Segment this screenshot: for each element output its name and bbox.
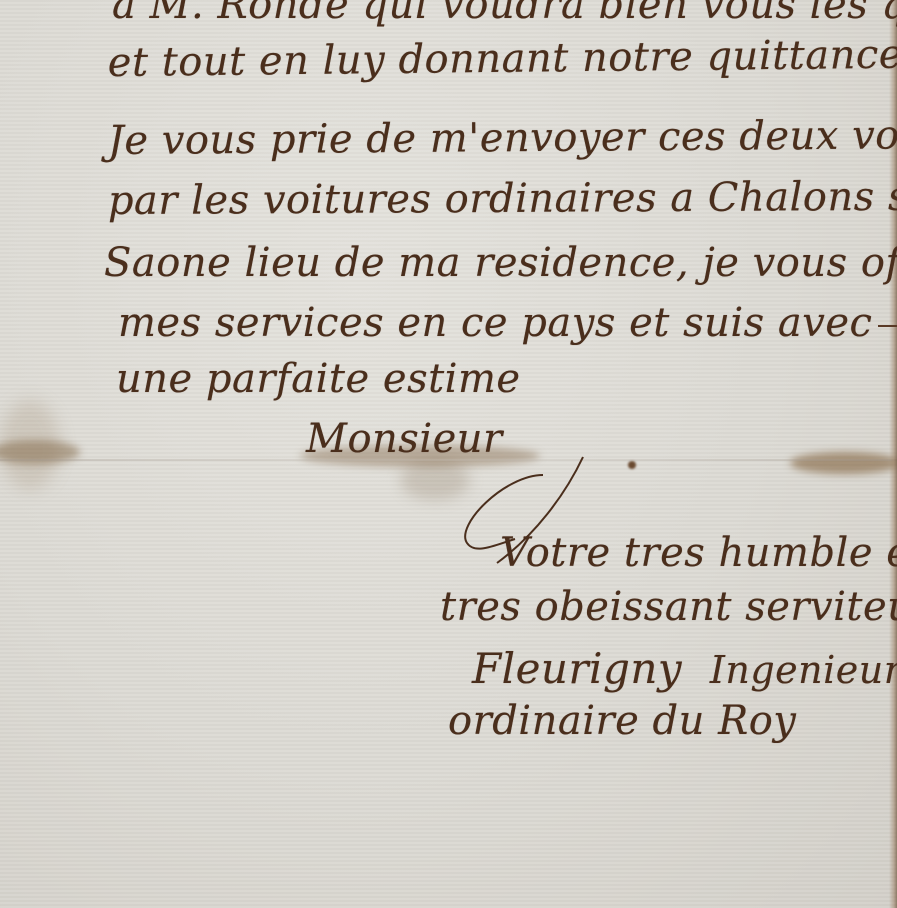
letter-line-7: une parfaite estime (116, 356, 521, 402)
letter-line-3-text: Je vous prie de m'envoyer ces deux volum… (108, 112, 897, 164)
letter-line-4: par les voitures ordinaires a Chalons su… (108, 173, 897, 224)
manuscript-page: a M. Ronde qui voudra bien vous les quit… (0, 0, 897, 908)
closing-line-1: Votre tres humble et (460, 530, 897, 576)
letter-line-4-text: par les voitures ordinaires a Chalons su… (108, 174, 897, 224)
line-filler-dash (878, 325, 897, 327)
signature-title-line-2: ordinaire du Roy (448, 698, 796, 744)
letter-line-5: Saone lieu de ma residence, je vous offr… (104, 240, 897, 286)
letter-line-5-text: Saone lieu de ma residence, je vous offr… (104, 240, 897, 286)
ink-spot (628, 461, 636, 469)
signature-title: Ingenieur (710, 648, 897, 692)
letter-line-2-text: et tout en luy donnant notre quittance (108, 32, 897, 86)
closing-line-1-text: Votre tres humble et (500, 530, 897, 576)
signature-line: Fleurigny Ingenieur (472, 644, 897, 693)
water-stain-right (790, 452, 897, 474)
letter-line-3: Je vous prie de m'envoyer ces deux volum… (108, 111, 897, 164)
closing-line-2: tres obeissant serviteur (440, 584, 897, 630)
letter-line-2: et tout en luy donnant notre quittance (108, 31, 897, 86)
signature-name: Fleurigny (472, 644, 682, 693)
letter-line-6: mes services en ce pays et suis avec (118, 300, 897, 346)
letter-line-1: a M. Ronde qui voudra bien vous les quit… (112, 0, 897, 28)
letter-line-6-text: mes services en ce pays et suis avec (118, 300, 872, 346)
